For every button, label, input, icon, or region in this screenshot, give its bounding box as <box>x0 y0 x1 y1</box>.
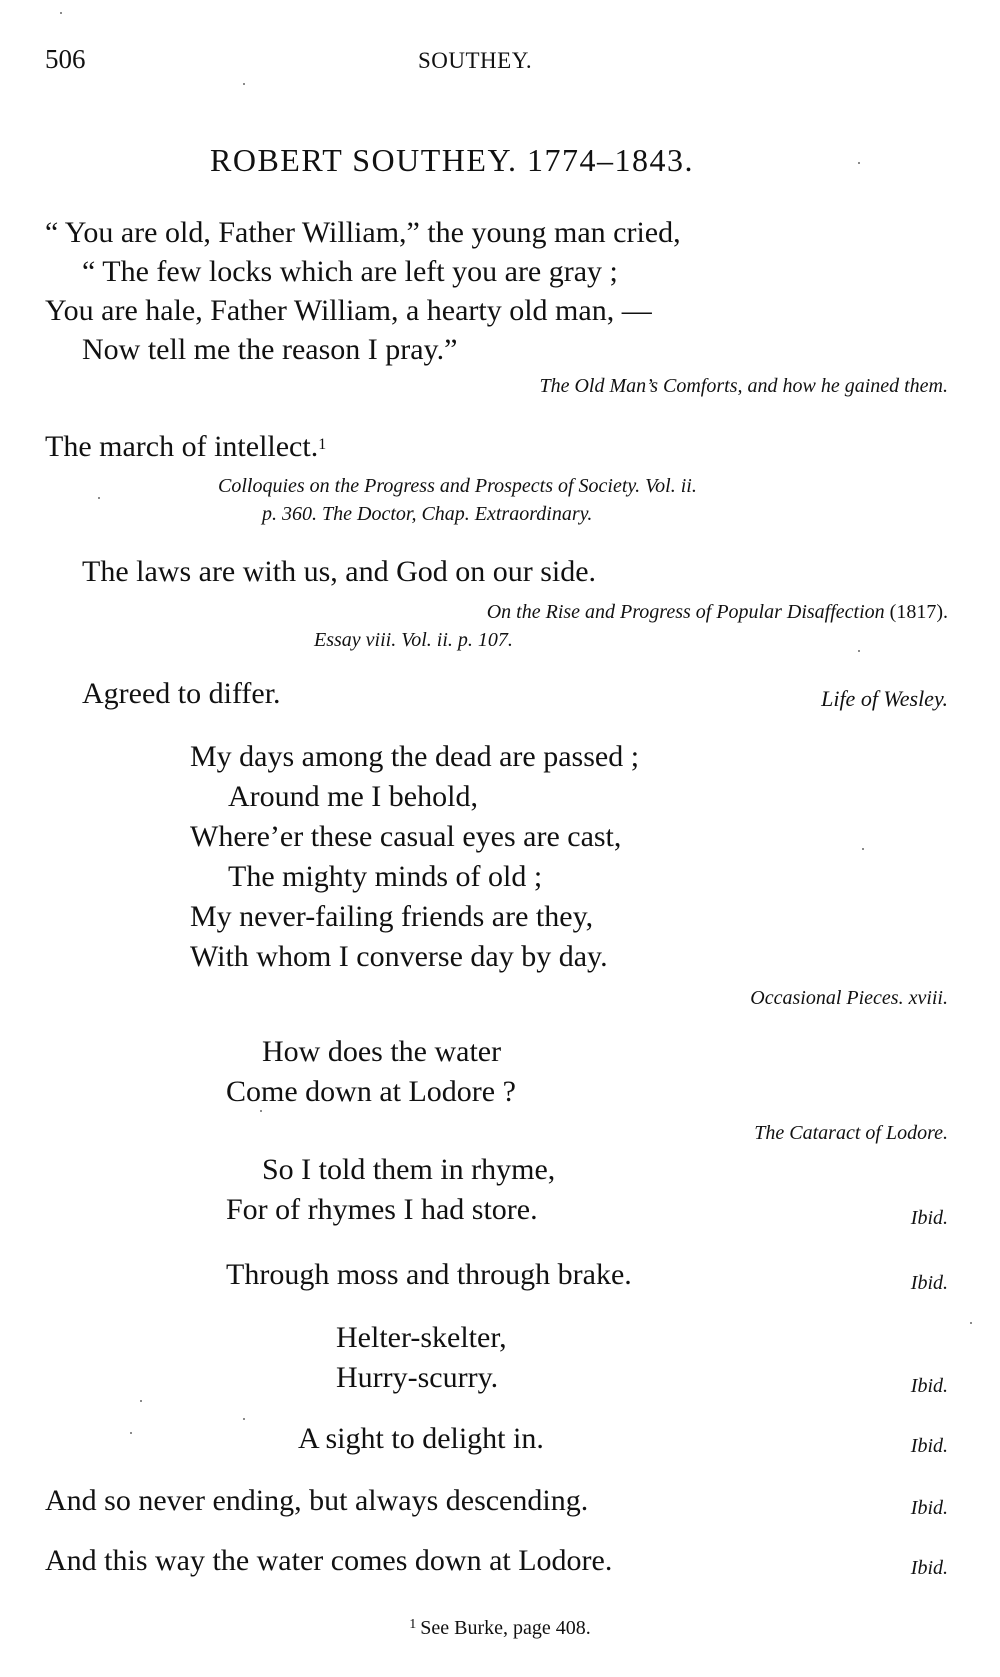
citation: Ibid. <box>911 1270 948 1296</box>
scan-speck <box>60 12 62 14</box>
verse-line: My never-failing friends are they, <box>190 897 593 937</box>
citation: The Cataract of Lodore. <box>754 1120 948 1146</box>
footnote: 1See Burke, page 408. <box>0 1617 1000 1640</box>
citation-title: On the Rise and Progress of Popular Disa… <box>487 601 885 623</box>
scan-speck <box>862 848 864 850</box>
footnote-marker: 1 <box>318 436 326 453</box>
verse-line: Now tell me the reason I pray.” <box>82 330 457 370</box>
scan-speck <box>98 497 100 499</box>
quote-text: The march of intellect. <box>45 430 318 463</box>
verse-line: And this way the water comes down at Lod… <box>45 1541 612 1581</box>
citation: Colloquies on the Progress and Prospects… <box>218 473 697 499</box>
scan-speck <box>130 1432 132 1434</box>
scan-speck <box>243 83 245 85</box>
verse-line: “ The few locks which are left you are g… <box>82 252 618 292</box>
verse-line: So I told them in rhyme, <box>262 1150 555 1190</box>
scan-speck <box>260 1110 262 1112</box>
verse-line: How does the water <box>262 1032 501 1072</box>
scan-speck <box>858 650 860 652</box>
verse-line: For of rhymes I had store. <box>226 1190 538 1230</box>
citation: Occasional Pieces. xviii. <box>750 985 948 1011</box>
verse-line: Helter-skelter, <box>336 1318 507 1358</box>
verse-line: Where’er these casual eyes are cast, <box>190 817 621 857</box>
verse-line: You are hale, Father William, a hearty o… <box>45 291 652 331</box>
citation: Ibid. <box>911 1205 948 1231</box>
citation: Ibid. <box>911 1555 948 1581</box>
running-title: SOUTHEY. <box>418 48 532 74</box>
scan-speck <box>243 1418 245 1420</box>
page-number: 506 <box>45 44 86 75</box>
citation: Essay viii. Vol. ii. p. 107. <box>314 627 513 653</box>
scan-speck <box>140 1400 142 1402</box>
verse-line: Through moss and through brake. <box>226 1255 632 1295</box>
verse-line: “ You are old, Father William,” the youn… <box>45 213 681 253</box>
verse-line: The laws are with us, and God on our sid… <box>82 552 596 592</box>
verse-line: The march of intellect.1 <box>45 427 326 467</box>
citation: The Old Man’s Comforts, and how he gaine… <box>539 373 948 399</box>
citation-year: (1817). <box>890 601 948 623</box>
scan-speck <box>970 1322 972 1324</box>
book-page: 506 SOUTHEY. ROBERT SOUTHEY. 1774–1843. … <box>0 0 1000 1677</box>
verse-line: With whom I converse day by day. <box>190 937 608 977</box>
verse-line: Come down at Lodore ? <box>226 1072 516 1112</box>
citation: Ibid. <box>911 1373 948 1399</box>
section-title: ROBERT SOUTHEY. 1774–1843. <box>210 142 694 179</box>
citation: On the Rise and Progress of Popular Disa… <box>487 599 948 625</box>
citation: Ibid. <box>911 1433 948 1459</box>
footnote-marker: 1 <box>409 1617 416 1632</box>
scan-speck <box>858 162 860 164</box>
verse-line: And so never ending, but always descendi… <box>45 1481 588 1521</box>
verse-line: Around me I behold, <box>228 777 478 817</box>
verse-line: A sight to delight in. <box>298 1419 544 1459</box>
citation: Life of Wesley. <box>821 686 948 712</box>
verse-line: Hurry-scurry. <box>336 1358 498 1398</box>
verse-line: The mighty minds of old ; <box>228 857 542 897</box>
citation: Ibid. <box>911 1495 948 1521</box>
citation: p. 360. The Doctor, Chap. Extraordinary. <box>262 501 592 527</box>
verse-line: Agreed to differ. <box>82 674 281 714</box>
footnote-text: See Burke, page 408. <box>420 1617 591 1639</box>
verse-line: My days among the dead are passed ; <box>190 737 639 777</box>
